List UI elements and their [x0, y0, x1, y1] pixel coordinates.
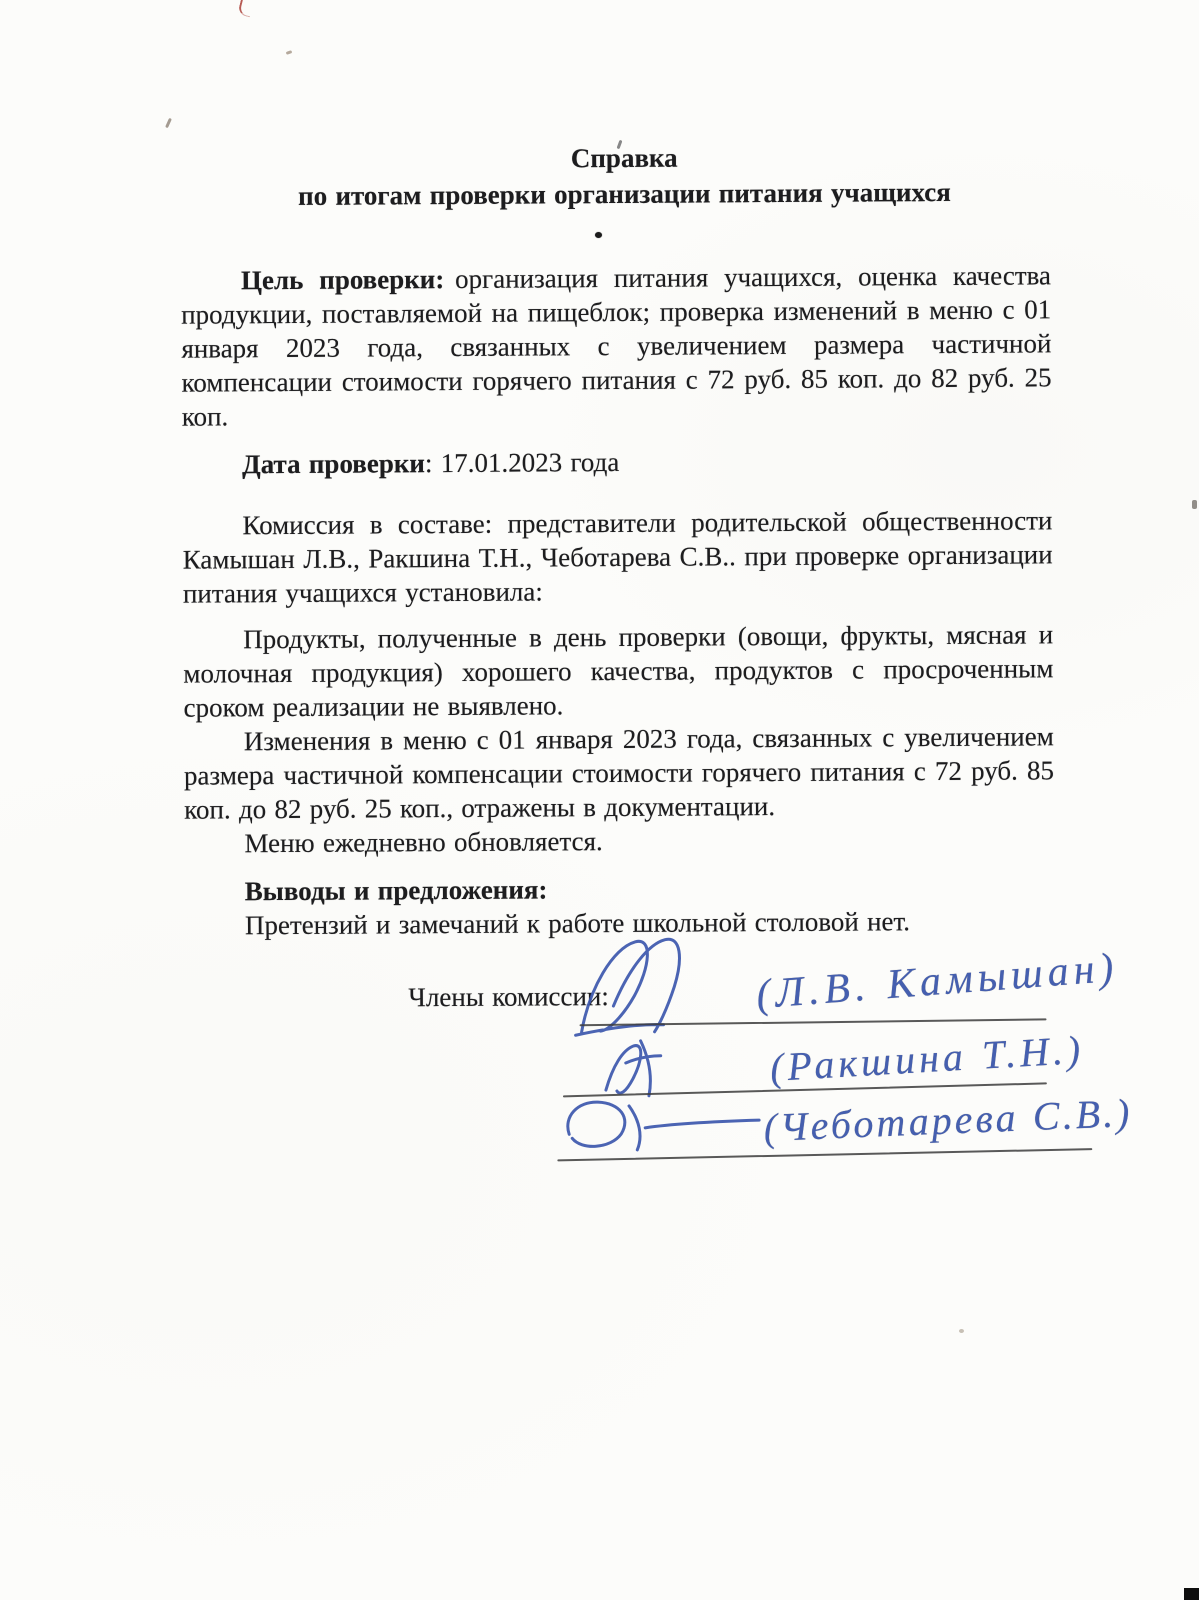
- conclusions-text: Претензий и замечаний к работе школьной …: [185, 903, 1055, 942]
- signature-name-1: (Л.В. Камышан): [755, 945, 1120, 1018]
- signature-block: Члены комиссии: (Л.В. Камышан) (Ракшина …: [185, 937, 1057, 1202]
- paragraph-menu-changes: Изменения в меню с 01 января 2023 года, …: [184, 719, 1055, 826]
- date-value: : 17.01.2023 года: [425, 447, 620, 478]
- purpose-label: Цель проверки:: [241, 264, 455, 295]
- document-title: Справка по итогам проверки организации п…: [180, 137, 1050, 214]
- ink-dot-artifact: [595, 232, 602, 238]
- signature-stroke-2: [606, 1041, 661, 1096]
- title-line-2: по итогам проверки организации питания у…: [198, 173, 1050, 214]
- signature-stroke-1: [575, 939, 680, 1035]
- signatures-graphic: (Л.В. Камышан) (Ракшина Т.Н.) (Чеботарев…: [185, 936, 1197, 1192]
- date-label: Дата проверки: [242, 448, 425, 479]
- signature-line-1: [581, 1019, 1046, 1025]
- conclusions-heading: Выводы и предложения:: [185, 869, 1055, 908]
- signature-stroke-3: [568, 1101, 760, 1150]
- signature-name-3: (Чеботарева С.В.): [763, 1090, 1133, 1150]
- document-body: Справка по итогам проверки организации п…: [179, 0, 1056, 1203]
- paragraph-commission: Комиссия в составе: представители родите…: [182, 503, 1053, 610]
- scan-tick-mark: [165, 118, 172, 128]
- signature-name-2: (Ракшина Т.Н.): [769, 1027, 1086, 1090]
- paragraph-menu-daily: Меню ежедневно обновляется.: [184, 821, 1054, 860]
- scanner-corner-mark: [1184, 1588, 1199, 1600]
- paragraph-products: Продукты, полученные в день проверки (ов…: [183, 617, 1054, 724]
- paragraph-purpose: Цель проверки:организация питания учащих…: [181, 258, 1052, 433]
- title-line-1: Справка: [198, 137, 1050, 178]
- paragraph-date: Дата проверки: 17.01.2023 года: [182, 442, 1052, 481]
- scan-speck-right-edge: [1192, 500, 1197, 509]
- scan-speck-faint: [959, 1329, 964, 1333]
- scanned-document-page: Справка по итогам проверки организации п…: [0, 0, 1199, 1600]
